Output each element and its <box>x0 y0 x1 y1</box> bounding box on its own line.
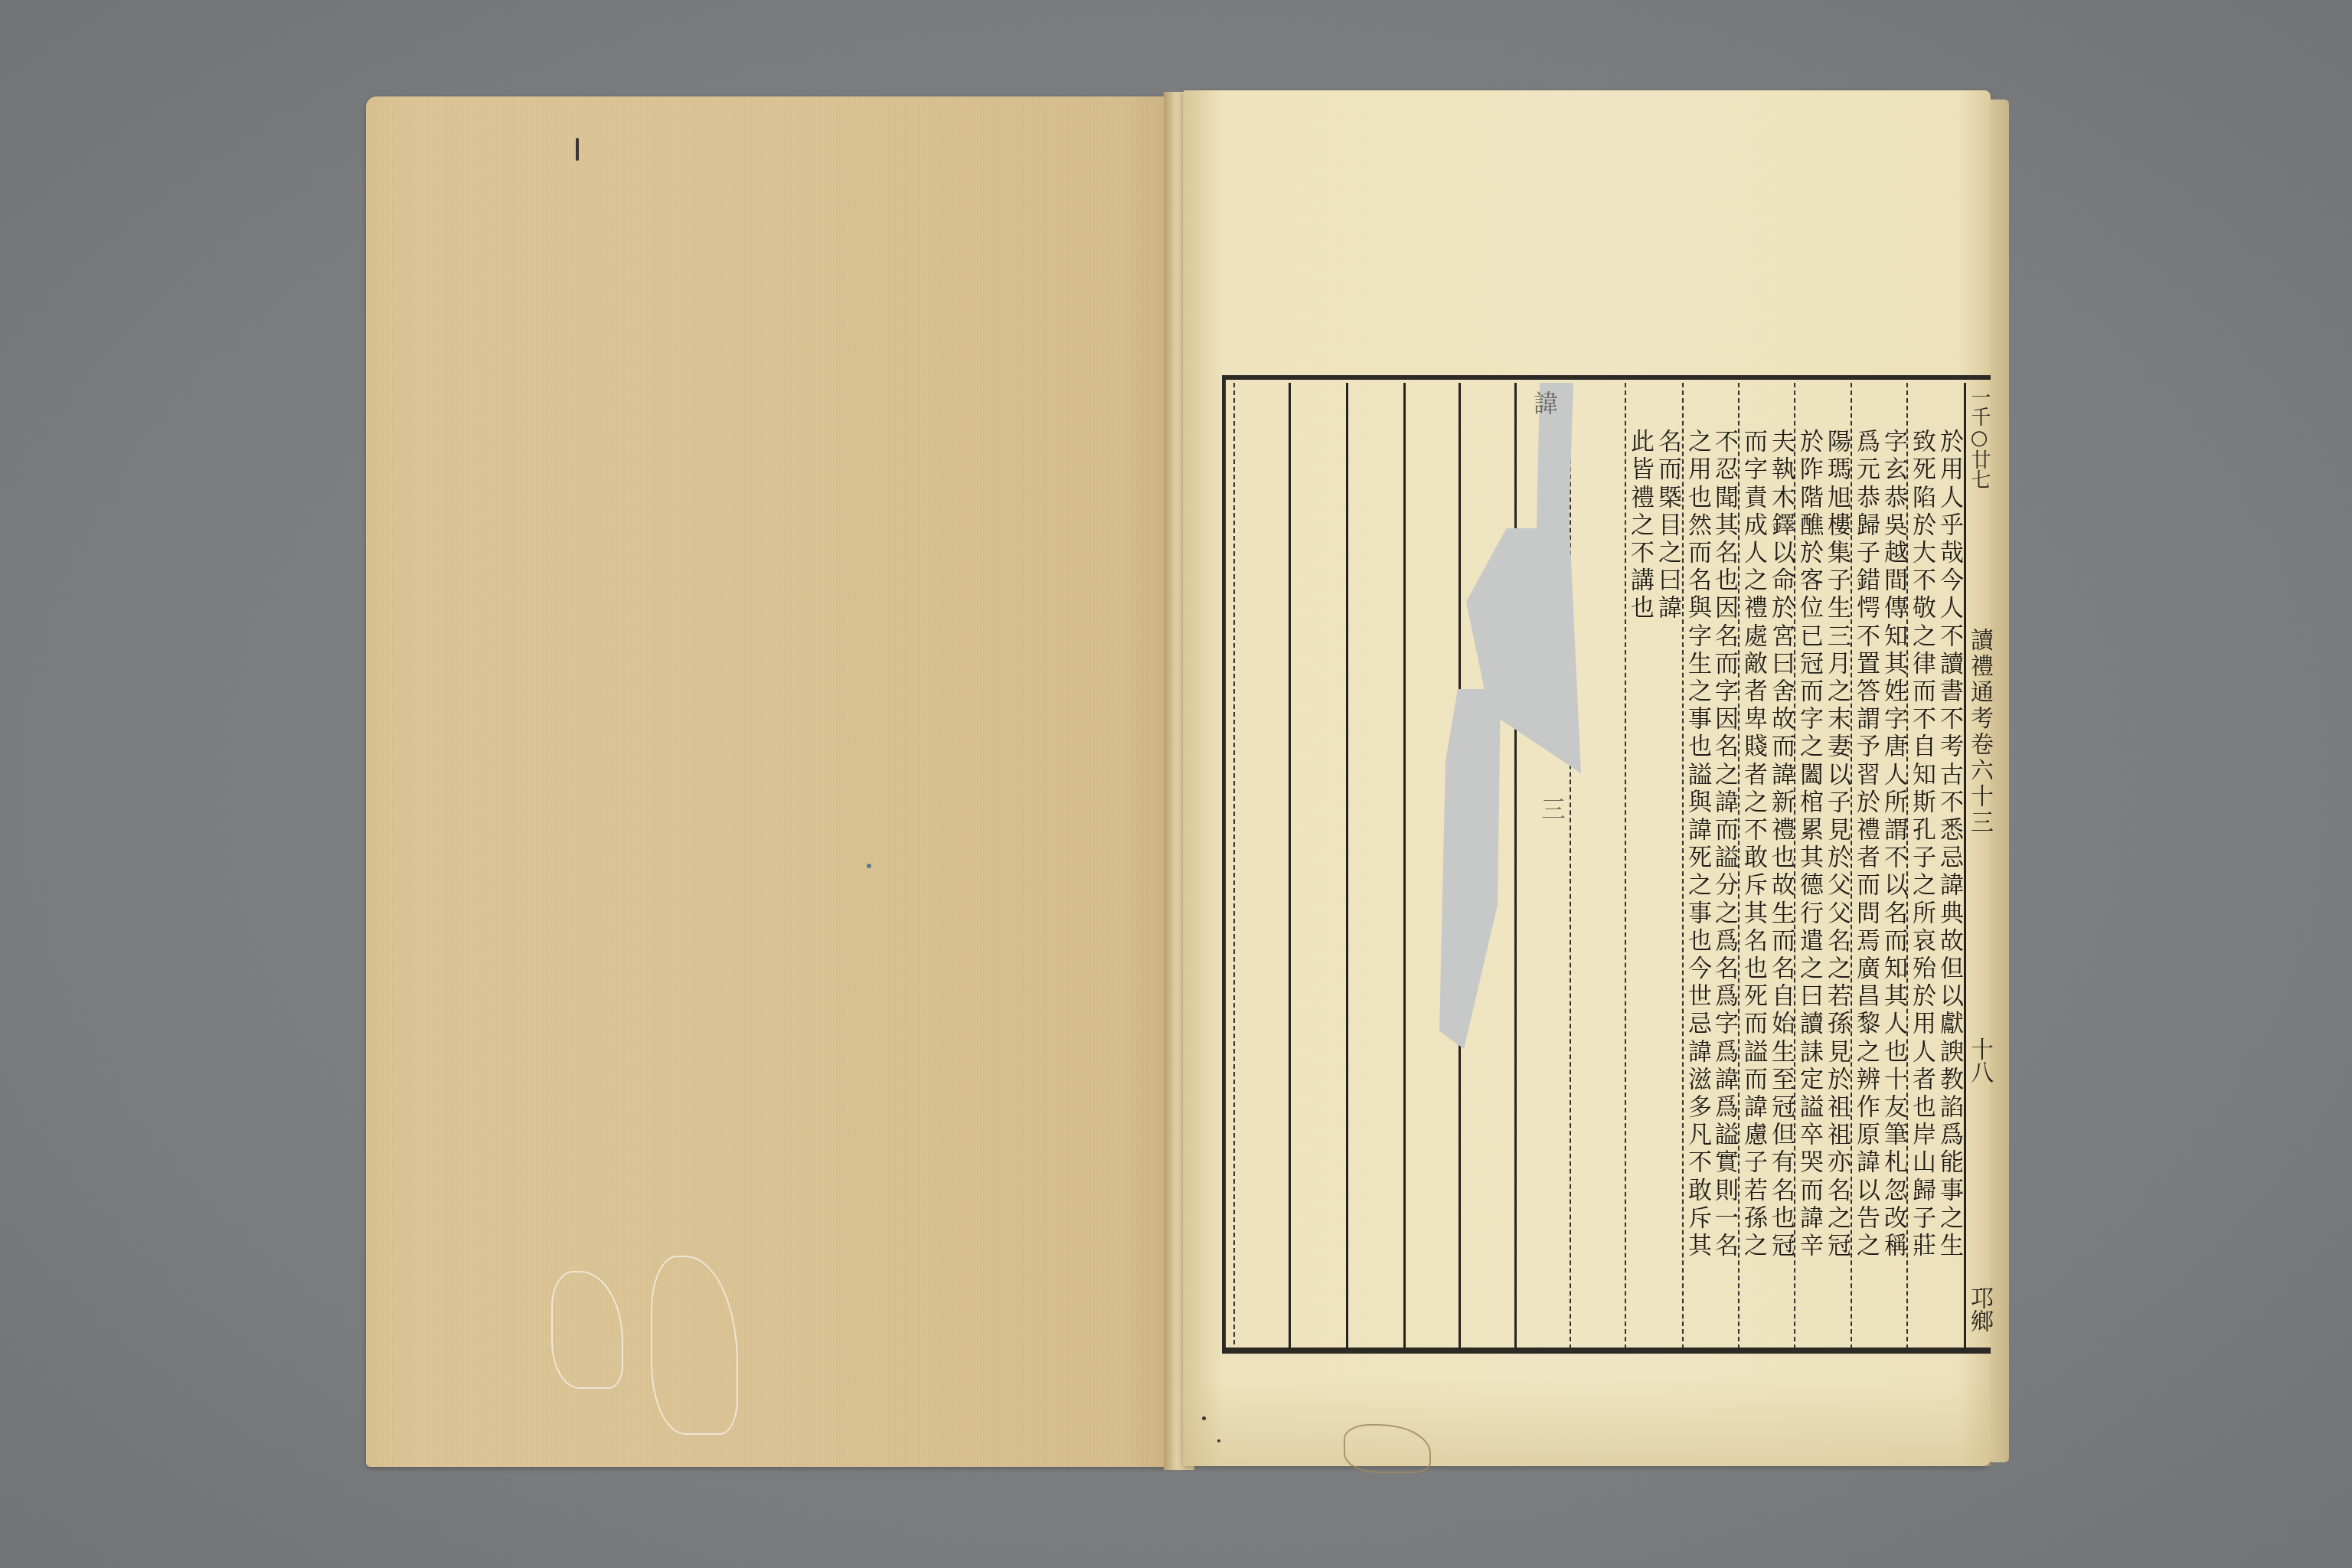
ink-spot <box>1217 1439 1220 1442</box>
ink-spot <box>1202 1416 1206 1420</box>
margin-page-number: 一千○廿七 <box>1965 387 1993 489</box>
text-column-3: 字玄恭吳越間傳知其姓字唐人所謂不以名而知其人也十友筆札忽改稱 <box>1880 429 1907 1260</box>
ink-spot <box>867 864 871 868</box>
left-page-blank <box>366 96 1176 1467</box>
damaged-char: 三 <box>1539 796 1570 821</box>
margin-leaf-number: 十八 <box>1965 1037 1993 1083</box>
page-edge-stack <box>1991 100 2009 1462</box>
margin-book-title: 讀禮通考卷六十三 <box>1965 628 1993 836</box>
frame-inner-line <box>1233 383 1235 1344</box>
text-column-8: 而字責成人之禮處敵者卑賤者之不敢斥其名也死而謚而諱慮子若孫之 <box>1739 429 1767 1260</box>
text-column-2: 致死陷於大不敬之律而不自知斯孔子之所哀殆於用人者也岸山歸子莊 <box>1908 429 1935 1260</box>
text-column-5: 陽瑪旭樓集子生三月之末妻以子見於父父名之若孫見於祖祖亦名之冠 <box>1823 429 1851 1260</box>
margin-bottom-mark: 邛鄉 <box>1965 1286 1993 1332</box>
text-column-6: 於阼階醮於客位已冠而字之闔棺累其德行遣之曰讀誄定謚卒哭而諱辛 <box>1795 429 1823 1260</box>
column-rule <box>1403 383 1406 1349</box>
text-column-9: 不忍聞其名也因名而字因名之諱而謚分之爲名爲字爲諱爲謚實則一名 <box>1710 429 1738 1260</box>
text-column-1: 於用人乎哉今人不讀書不考古不悉忌諱典故但以獻諛教諂爲能事之生 <box>1935 429 1963 1260</box>
text-column-4: 爲元恭歸子錯愕不置答謂予習於禮者而問焉廣昌黎之辨作原諱以告之 <box>1852 429 1880 1260</box>
ink-mark <box>576 138 579 161</box>
margin-rule <box>1964 383 1966 1349</box>
column-rule <box>1570 383 1571 1349</box>
lower-stain <box>1183 1378 1991 1466</box>
column-rule <box>1514 383 1517 1349</box>
column-rule <box>1289 383 1291 1349</box>
damaged-char: 諱 <box>1531 390 1562 415</box>
column-rule <box>1346 383 1348 1349</box>
text-column-12: 此皆禮之不講也 <box>1626 429 1654 622</box>
text-column-7: 夫執木鐸以命於宮曰舍故而諱新禮也故生而名自始生至冠但有名也冠 <box>1767 429 1795 1260</box>
text-column-10: 之用也然而名與字生之事也謚與諱死之事也今世忌諱滋多凡不敢斥其 <box>1684 429 1711 1260</box>
text-column-11: 名而槩目之曰諱 <box>1654 429 1681 622</box>
